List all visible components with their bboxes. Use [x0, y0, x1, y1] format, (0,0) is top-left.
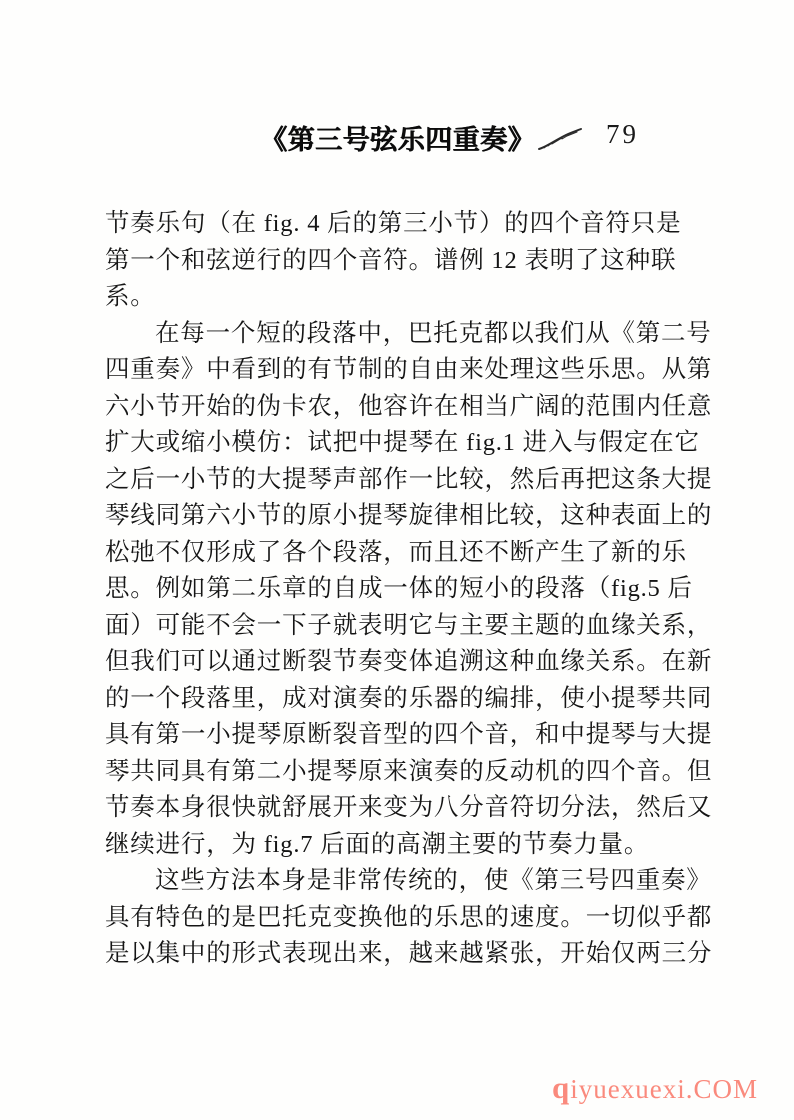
text-line: 扩大或缩小模仿：试把中提琴在 fig.1 进入与假定在它	[105, 425, 665, 462]
text-line: 具有第一小提琴原断裂音型的四个音，和中提琴与大提	[105, 717, 665, 754]
running-title: 《第三号弦乐四重奏》	[260, 118, 535, 157]
text-line: 是以集中的形式表现出来，越来越紧张，开始仅两三分	[105, 936, 665, 973]
body-text: 节奏乐句（在 fig. 4 后的第三小节）的四个音符只是第一个和弦逆行的四个音符…	[105, 206, 665, 973]
flourish-icon	[537, 126, 583, 159]
text-line: 在每一个短的段落中，巴托克都以我们从《第二号	[105, 316, 665, 353]
text-line: 六小节开始的伪卡农，他容许在相当广阔的范围内任意	[105, 389, 665, 426]
text-line: 松弛不仅形成了各个段落，而且还不断产生了新的乐	[105, 535, 665, 572]
text-line: 思。例如第二乐章的自成一体的短小的段落（fig.5 后	[105, 571, 665, 608]
text-line: 节奏乐句（在 fig. 4 后的第三小节）的四个音符只是	[105, 206, 665, 243]
text-line: 琴线同第六小节的原小提琴旋律相比较，这种表面上的	[105, 498, 665, 535]
text-line: 四重奏》中看到的有节制的自由来处理这些乐思。从第	[105, 352, 665, 389]
text-line: 节奏本身很快就舒展开来变为八分音符切分法，然后又	[105, 790, 665, 827]
text-line: 琴共同具有第二小提琴原来演奏的反动机的四个音。但	[105, 754, 665, 791]
text-line: 具有特色的是巴托克变换他的乐思的速度。一切似乎都	[105, 900, 665, 937]
book-page: 《第三号弦乐四重奏》 79 节奏乐句（在 fig. 4 后的第三小节）的四个音符…	[0, 0, 794, 1120]
text-line: 系。	[105, 279, 665, 316]
watermark: qiyuexuexi.COM	[552, 1070, 758, 1106]
text-line: 的一个段落里，成对演奏的乐器的编排，使小提琴共同	[105, 681, 665, 718]
text-line: 这些方法本身是非常传统的，使《第三号四重奏》	[105, 863, 665, 900]
text-line: 第一个和弦逆行的四个音符。谱例 12 表明了这种联	[105, 243, 665, 280]
text-line: 继续进行，为 fig.7 后面的高潮主要的节奏力量。	[105, 827, 665, 864]
text-line: 面）可能不会一下子就表明它与主要主题的血缘关系，	[105, 608, 665, 645]
page-number: 79	[606, 119, 639, 150]
text-line: 但我们可以通过断裂节奏变体追溯这种血缘关系。在新	[105, 644, 665, 681]
text-line: 之后一小节的大提琴声部作一比较，然后再把这条大提	[105, 462, 665, 499]
page-header: 《第三号弦乐四重奏》 79	[0, 116, 794, 160]
